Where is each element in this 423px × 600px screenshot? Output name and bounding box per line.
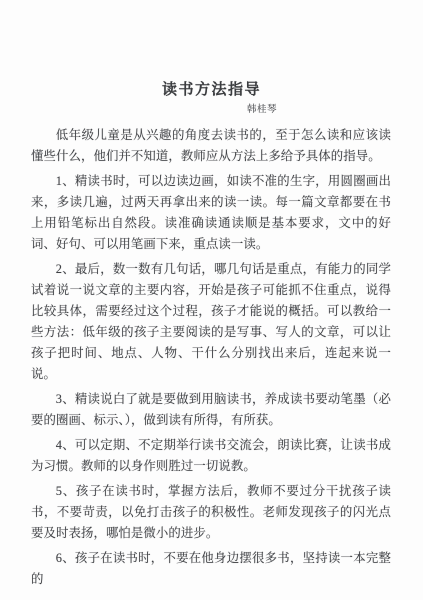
document-page: 读书方法指导 韩桂琴 低年级儿童是从兴趣的角度去读书的，至于怎么读和应该读懂些什… [0,0,423,600]
paragraph-item-4: 4、可以定期、不定期举行读书交流会，朗读比赛，让读书成为习惯。教师的以身作则胜过… [31,435,391,477]
paragraph-item-2: 2、最后，数一数有几句话，哪几句话是重点，有能力的同学试着说一说文章的主要内容，… [31,259,391,385]
paragraph-item-1: 1、精读书时，可以边读边画，如读不准的生字，用圆圈画出来，多读几遍，过两天再拿出… [31,171,391,255]
document-title: 读书方法指导 [0,82,423,99]
author-name: 韩桂琴 [0,104,423,116]
document-body: 低年级儿童是从兴趣的角度去读书的，至于怎么读和应该读懂些什么，他们并不知道，教师… [31,125,391,590]
paragraph-item-6: 6、孩子在读书时，不要在他身边摆很多书，坚持读一本完整的 [31,548,391,590]
paragraph-item-3: 3、精读说白了就是要做到用脑读书，养成读书要动笔墨（必要的圈画、标示、），做到读… [31,389,391,431]
paragraph-intro: 低年级儿童是从兴趣的角度去读书的，至于怎么读和应该读懂些什么，他们并不知道，教师… [31,125,391,167]
paragraph-item-5: 5、孩子在读书时，掌握方法后，教师不要过分干扰孩子读书，不要苛责，以免打击孩子的… [31,481,391,544]
